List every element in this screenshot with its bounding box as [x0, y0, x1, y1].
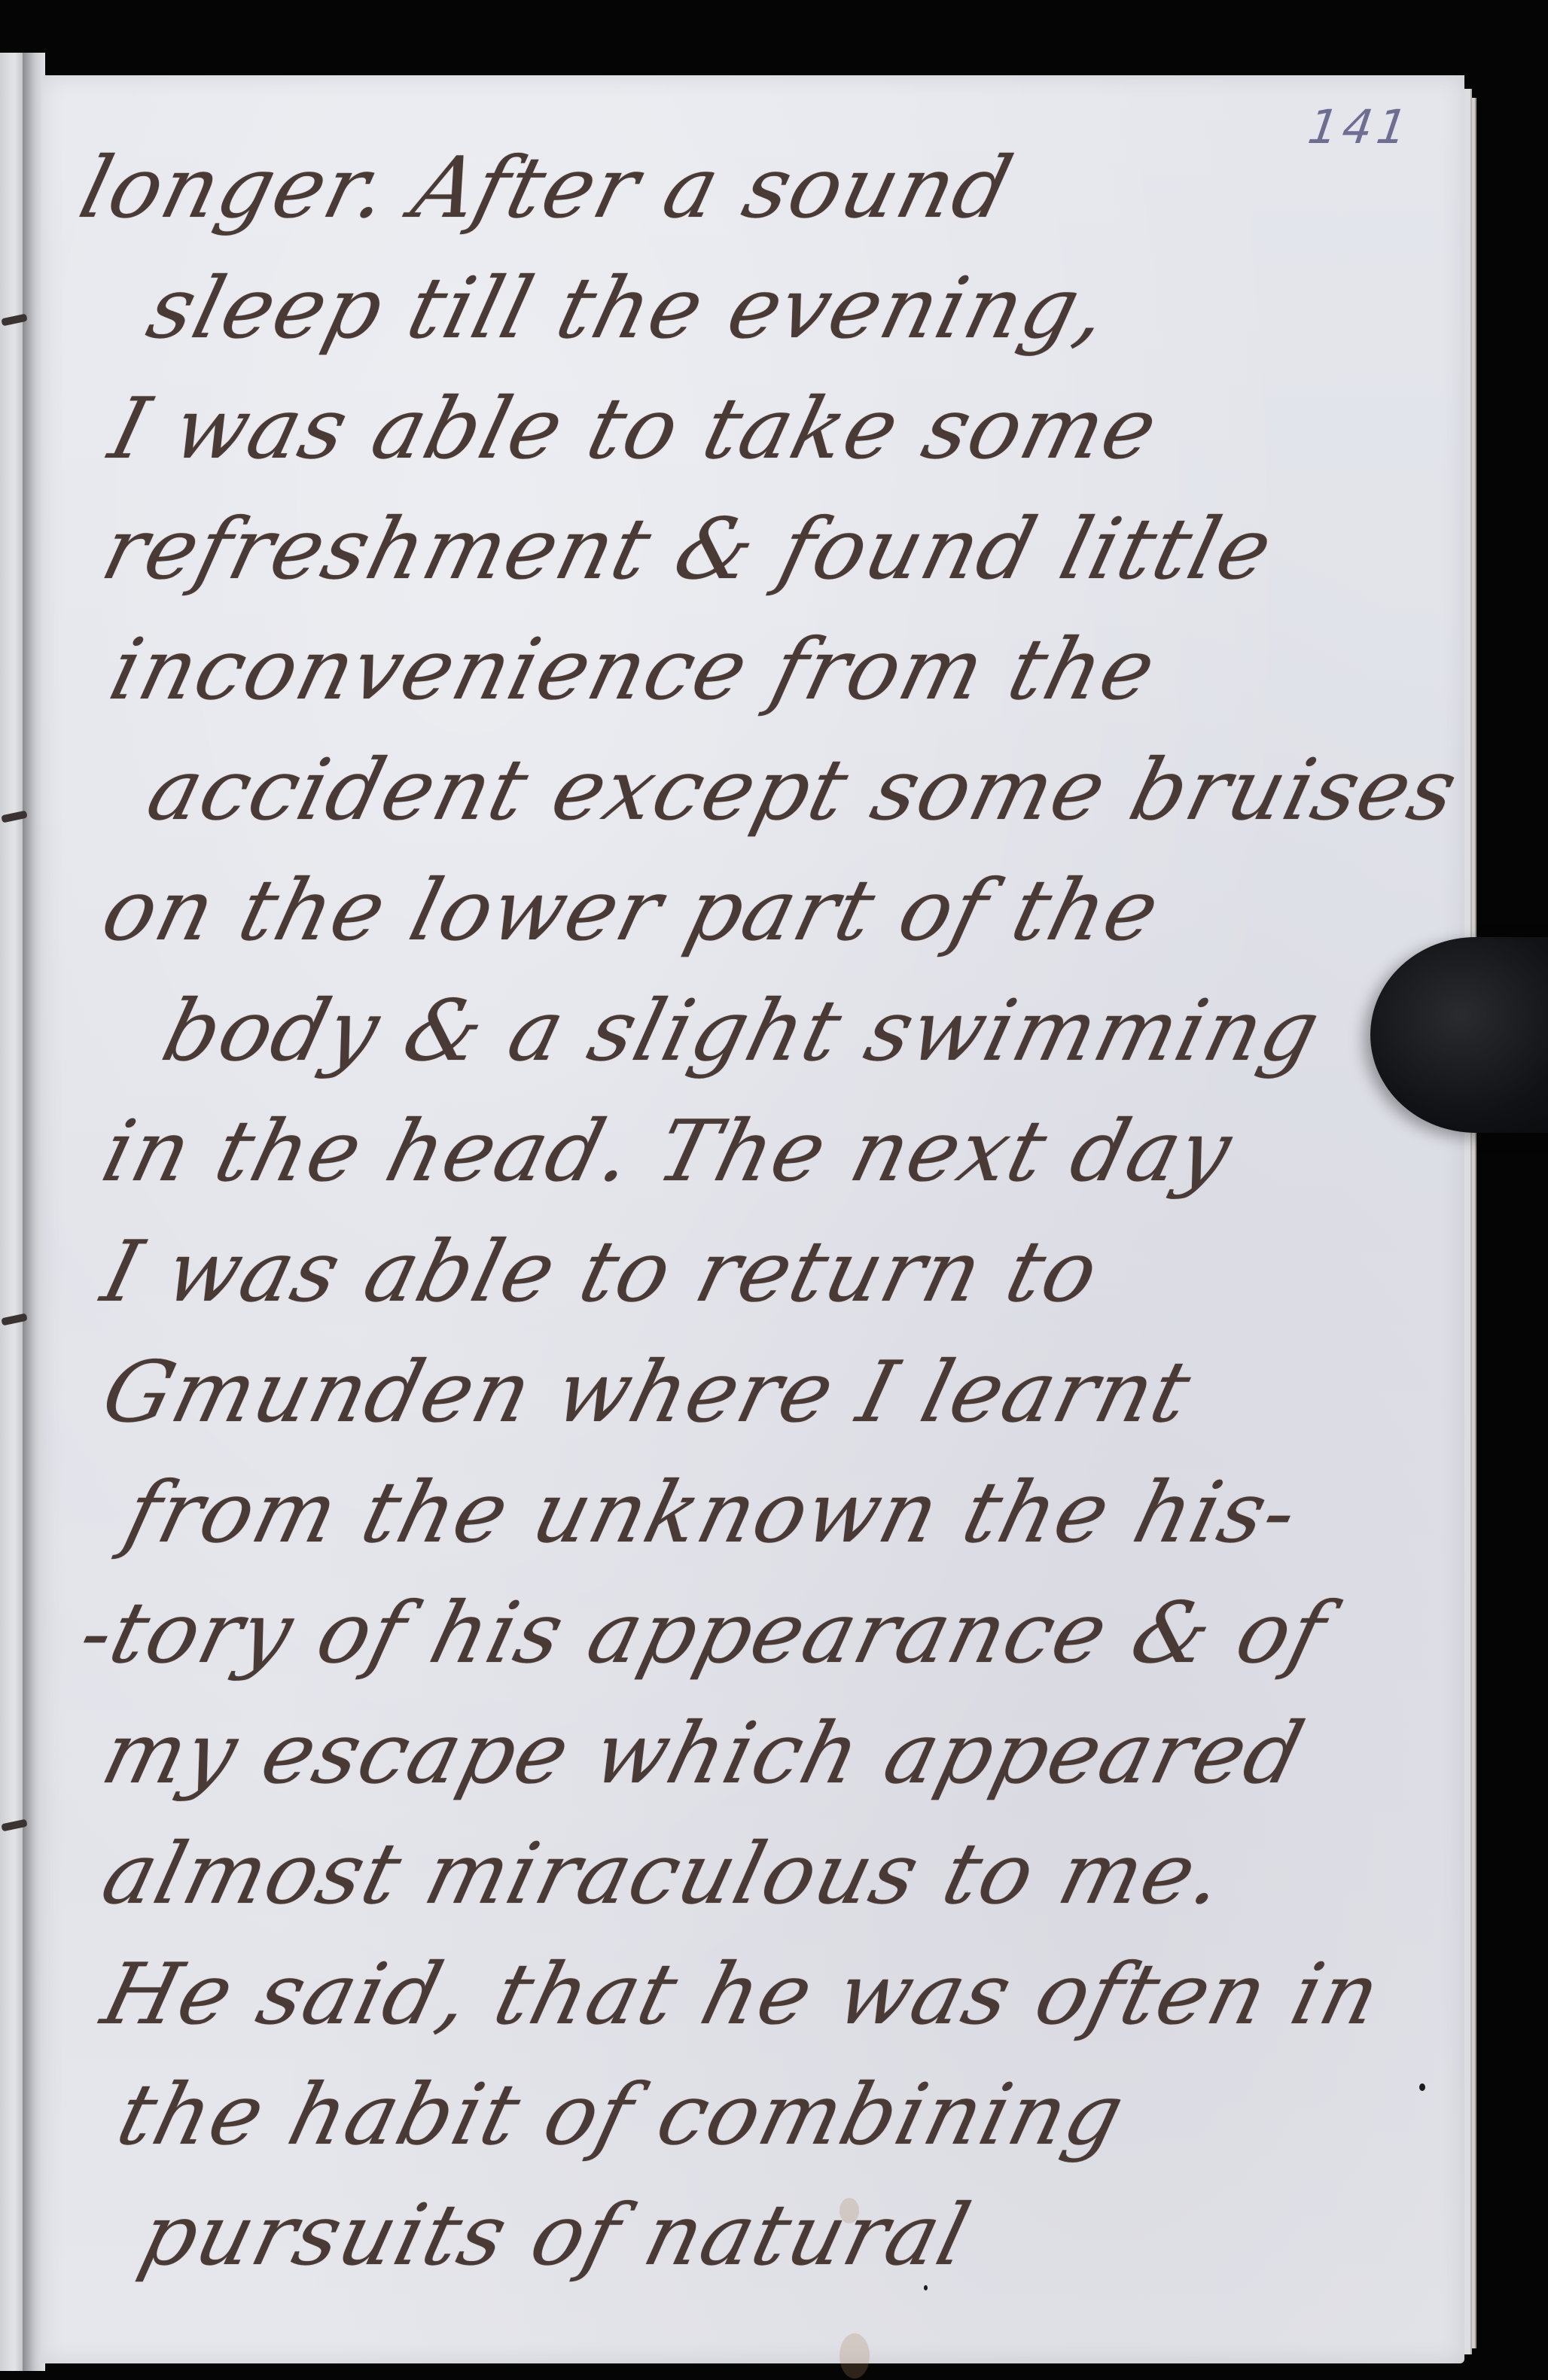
text-line: Gmunden where I learnt	[68, 1332, 1453, 1453]
text-line: -tory of his appearance & of	[68, 1573, 1453, 1694]
text-line: from the unknown the his-	[68, 1453, 1453, 1573]
text-line: pursuits of natural	[68, 2175, 1453, 2296]
text-line: in the head. The next day	[68, 1091, 1453, 1212]
text-line: sleep till the evening,	[68, 248, 1453, 369]
text-line: I was able to return to	[68, 1212, 1453, 1332]
left-page-edge	[0, 53, 24, 2371]
text-line: inconvenience from the	[68, 610, 1453, 730]
text-line: the habit of combining	[68, 2055, 1453, 2175]
text-line: accident except some bruises	[68, 730, 1453, 851]
text-line: He said, that he was often in	[68, 1934, 1453, 2055]
text-line: almost miraculous to me.	[68, 1814, 1453, 1934]
text-line: refreshment & found little	[68, 489, 1453, 610]
paper-stain	[840, 2333, 870, 2378]
text-line: body & a slight swimming	[68, 971, 1453, 1091]
text-line: my escape which appeared	[68, 1694, 1453, 1814]
text-line: on the lower part of the	[68, 851, 1453, 971]
text-line: I was able to take some	[68, 369, 1453, 489]
text-line: longer. After a sound	[68, 128, 1453, 248]
handwritten-text-body: longer. After a sound sleep till the eve…	[83, 128, 1438, 2296]
